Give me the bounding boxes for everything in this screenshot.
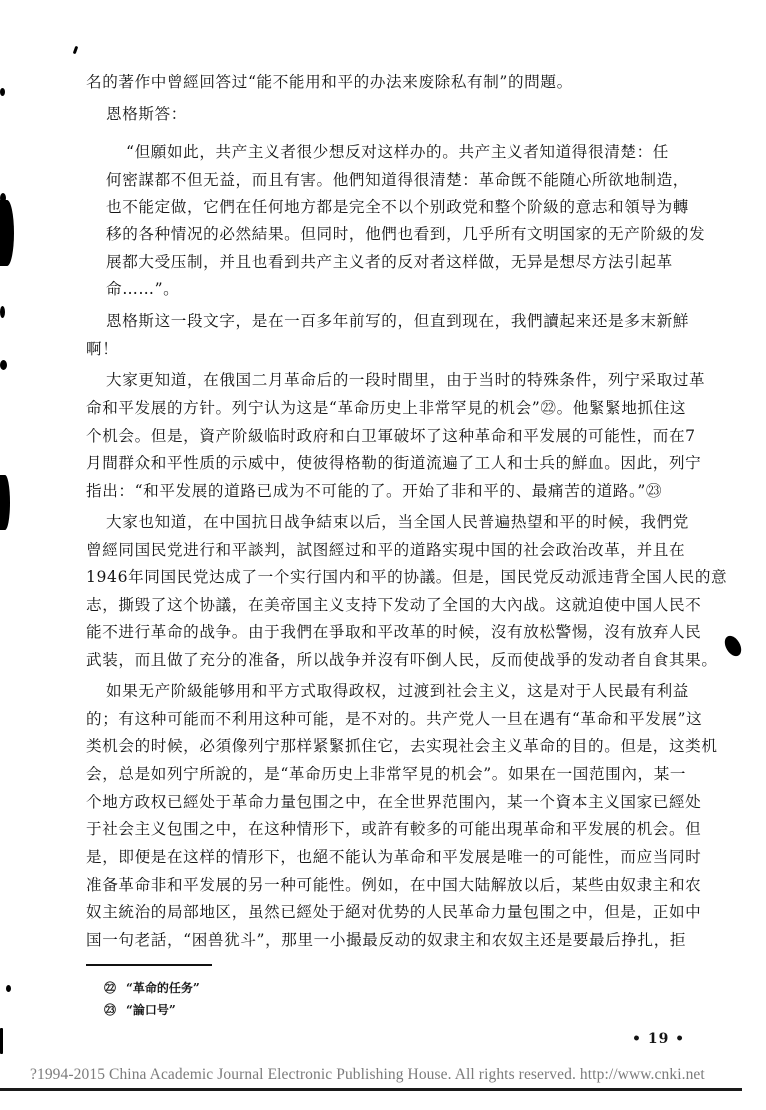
- footnote-23: ㉓“論口号”: [104, 1002, 176, 1018]
- page-number: • 19 •: [632, 1031, 685, 1047]
- copyright-footer: ?1994-2015 China Academic Journal Electr…: [30, 1066, 705, 1084]
- text-line: 国一句老話，“困兽犹斗”，那里一小撮最反动的奴隶主和农奴主还是要最后挣扎，拒: [86, 930, 740, 950]
- scan-artifact: [0, 200, 14, 266]
- footer-rule: [0, 1088, 742, 1091]
- text-line: 也不能定做，它們在任何地方都是完全不以个别政党和整个阶級的意志和領导为轉: [106, 197, 760, 217]
- text-line: 武装，而且做了充分的准备，所以战争并沒有吓倒人民，反而使战爭的发动者自食其果。: [86, 650, 740, 670]
- scan-artifact: [73, 46, 79, 55]
- text-line: 何密謀都不但无益，而且有害。他們知道得很清楚：革命旣不能随心所欲地制造，: [106, 170, 760, 190]
- footnote-marker: ㉓: [104, 1002, 126, 1018]
- scanned-page: 名的著作中曾經回答过“能不能用和平的办法来废除私有制”的問題。恩格斯答：“但願如…: [0, 0, 766, 1110]
- text-line: 1946年同国民党达成了一个实行国内和平的协議。但是，国民党反动派违背全国人民的…: [86, 567, 740, 587]
- scan-artifact: [0, 475, 10, 530]
- text-line: 月間群众和平性质的示威中，使彼得格勒的街道流遍了工人和士兵的鮮血。因此，列宁: [86, 453, 740, 473]
- text-line: 奴主統治的局部地区，虽然已經处于絕对优势的人民革命力量包围之中，但是，正如中: [86, 902, 740, 922]
- footnote-text: “論口号”: [126, 1003, 176, 1017]
- text-line: 啊！: [86, 339, 740, 359]
- footnote-22: ㉒“革命的任务”: [104, 980, 200, 996]
- text-line: 类机会的时候，必須像列宁那样紧緊抓住它，去实現社会主义革命的目的。但是，这类机: [86, 736, 740, 756]
- scan-artifact: [0, 1028, 3, 1054]
- scan-artifact: [0, 306, 5, 318]
- text-line: 的；有这种可能而不利用这种可能，是不对的。共产党人一旦在遇有“革命和平发展”这: [86, 709, 740, 729]
- footnote-text: “革命的任务”: [126, 981, 200, 995]
- text-line: 命和平发展的方针。列宁认为这是“革命历史上非常罕見的机会”㉒。他緊緊地抓住这: [86, 398, 740, 418]
- scan-artifact: [0, 360, 7, 370]
- text-line: 指出：“和平发展的道路已成为不可能的了。开始了非和平的、最痛苦的道路。”㉓: [86, 481, 740, 501]
- text-line: 会，总是如列宁所說的，是“革命历史上非常罕見的机会”。如果在一国范围內，某一: [86, 764, 740, 784]
- text-line: 个机会。但是，資产阶級临时政府和白卫軍破坏了这种革命和平发展的可能性，而在7: [86, 426, 740, 446]
- text-line: 恩格斯答：: [106, 104, 760, 124]
- text-line: 曾經同国民党进行和平談判，試图經过和平的道路实現中国的社会政治改革，并且在: [86, 540, 740, 560]
- text-line: 大家更知道，在俄国二月革命后的一段时間里，由于当时的特殊条件，列宁采取过革: [106, 370, 760, 390]
- text-line: 能不进行革命的战争。由于我們在爭取和平改革的时候，沒有放松警惕，沒有放弃人民: [86, 622, 740, 642]
- footnote-divider: [86, 964, 212, 966]
- text-line: 于社会主义包围之中，在这种情形下，或許有較多的可能出現革命和平发展的机会。但: [86, 819, 740, 839]
- text-line: 展都大受压制，并且也看到共产主义者的反对者这样做，无异是想尽方法引起革: [106, 252, 760, 272]
- scan-artifact: [6, 985, 11, 992]
- footnote-marker: ㉒: [104, 980, 126, 996]
- text-line: “但願如此，共产主义者很少想反对这样办的。共产主义者知道得很清楚：任: [126, 142, 766, 162]
- text-line: 个地方政权已經处于革命力量包围之中，在全世界范围內，某一个資本主义国家已經处: [86, 792, 740, 812]
- scan-artifact: [0, 88, 5, 96]
- text-line: 恩格斯这一段文字，是在一百多年前写的，但直到现在，我們讀起来还是多末新鮮: [106, 311, 760, 331]
- text-line: 名的著作中曾經回答过“能不能用和平的办法来废除私有制”的問題。: [86, 72, 740, 92]
- text-line: 命……”。: [106, 279, 760, 299]
- text-line: 是，即便是在这样的情形下，也絕不能认为革命和平发展是唯一的可能性，而应当同时: [86, 847, 740, 867]
- text-line: 志，撕毁了这个协議，在美帝国主义支持下发动了全国的大內战。这就迫使中国人民不: [86, 595, 740, 615]
- text-line: 如果无产阶級能够用和平方式取得政权，过渡到社会主义，这是对于人民最有利益: [106, 681, 760, 701]
- text-line: 移的各种情况的必然結果。但同时，他們也看到，几乎所有文明国家的无产阶級的发: [106, 224, 760, 244]
- text-line: 大家也知道，在中国抗日战争結束以后，当全国人民普遍热望和平的时候，我們党: [106, 512, 760, 532]
- text-line: 准备革命非和平发展的另一种可能性。例如，在中国大陆解放以后，某些由奴隶主和农: [86, 875, 740, 895]
